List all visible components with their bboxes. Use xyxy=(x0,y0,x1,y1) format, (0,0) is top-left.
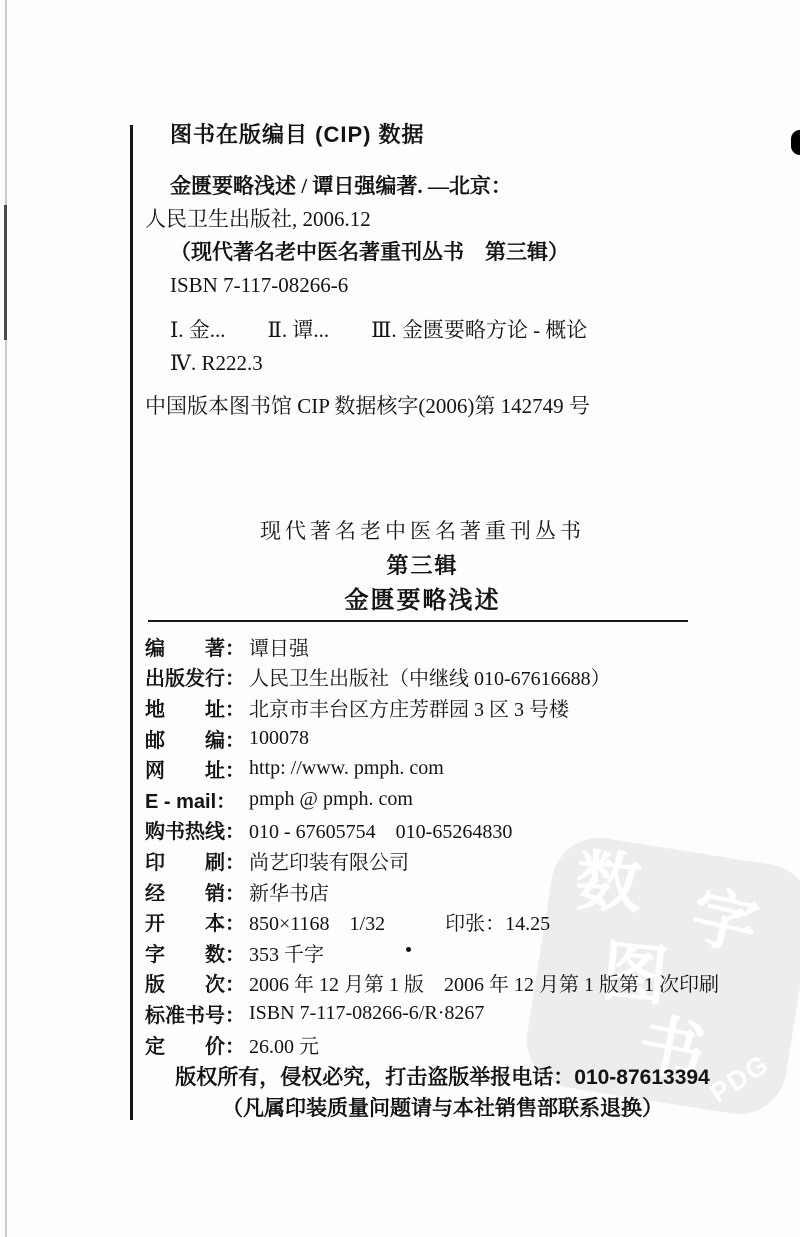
colophon-value: ISBN 7-117-08266-6/R·8267 xyxy=(249,1002,484,1025)
cip-line: ISBN 7-117-08266-6 xyxy=(145,269,710,302)
colophon-label: 邮 编： xyxy=(145,724,249,753)
colophon-value: 谭日强 xyxy=(249,632,309,661)
colophon-row: 标准书号： ISBN 7-117-08266-6/R·8267 xyxy=(145,998,745,1029)
colophon-value: http: //www. pmph. com xyxy=(249,757,444,780)
colophon-label: 标准书号： xyxy=(145,999,249,1028)
colophon-label: 印 刷： xyxy=(145,846,249,875)
colophon-value: 尚艺印装有限公司 xyxy=(249,846,409,875)
colophon-label: 版 次： xyxy=(145,968,249,997)
colophon-row: 经 销： 新华书店 xyxy=(145,876,745,907)
cip-line: （现代著名老中医名著重刊丛书 第三辑） xyxy=(145,236,710,269)
colophon-row: 字 数： 353 千字 xyxy=(145,937,745,968)
colophon-row: 邮 编： 100078 xyxy=(145,723,745,754)
cip-record-number: 中国版本图书馆 CIP 数据核字(2006)第 142749 号 xyxy=(145,390,710,423)
colophon-value: 100078 xyxy=(249,727,309,750)
colophon-row: 购书热线： 010 - 67605754 010-65264830 xyxy=(145,815,745,846)
colophon-row: 定 价： 26.00 元 xyxy=(145,1029,745,1060)
colophon-value: 26.00 元 xyxy=(249,1030,319,1059)
cip-line: 人民卫生出版社, 2006.12 xyxy=(145,203,710,236)
colophon-value: 2006 年 12 月第 1 版 2006 年 12 月第 1 版第 1 次印刷 xyxy=(249,968,719,997)
series-volume: 第三辑 xyxy=(130,548,715,583)
left-vertical-rule xyxy=(130,125,133,1120)
colophon-row: E - mail： pmph @ pmph. com xyxy=(145,784,745,815)
colophon-label: E - mail： xyxy=(145,785,249,814)
colophon-label: 网 址： xyxy=(145,754,249,783)
colophon-label: 开 本： xyxy=(145,907,249,936)
colophon-label: 编 著： xyxy=(145,632,249,661)
series-collection-title: 现代著名老中医名著重刊丛书 xyxy=(130,514,715,548)
colophon-row: 编 著： 谭日强 xyxy=(145,631,745,662)
page-edge-scan-line-dark xyxy=(4,205,7,340)
title-block: 现代著名老中医名著重刊丛书 第三辑 金匮要略浅述 xyxy=(130,514,715,619)
colophon-label: 定 价： xyxy=(145,1030,249,1059)
colophon-row: 网 址： http: //www. pmph. com xyxy=(145,753,745,784)
colophon-row: 版 次： 2006 年 12 月第 1 版 2006 年 12 月第 1 版第 … xyxy=(145,968,745,999)
cip-line: 金匮要略浅述 / 谭日强编著. —北京： xyxy=(145,170,710,203)
colophon-label: 购书热线： xyxy=(145,815,249,844)
title-divider-rule xyxy=(148,620,688,622)
cip-data-block: 图书在版编目 (CIP) 数据 金匮要略浅述 / 谭日强编著. —北京： 人民卫… xyxy=(145,122,710,423)
colophon-value: 850×1168 1/32 印张：14.25 xyxy=(249,907,550,936)
copyright-notice-block: 版权所有，侵权必究，打击盗版举报电话：010-87613394 （凡属印装质量问… xyxy=(155,1062,730,1124)
colophon-label: 经 销： xyxy=(145,877,249,906)
book-title: 金匮要略浅述 xyxy=(130,583,715,619)
colophon-value: 北京市丰台区方庄芳群园 3 区 3 号楼 xyxy=(249,693,569,722)
quality-return-notice: （凡属印装质量问题请与本社销售部联系退换） xyxy=(155,1093,730,1124)
colophon-row: 出版发行： 人民卫生出版社（中继线 010-67616688） xyxy=(145,662,745,693)
colophon-value: pmph @ pmph. com xyxy=(249,788,413,811)
colophon-value: 010 - 67605754 010-65264830 xyxy=(249,815,512,844)
colophon-value: 人民卫生出版社（中继线 010-67616688） xyxy=(249,662,611,691)
colophon-row: 地 址： 北京市丰台区方庄芳群园 3 区 3 号楼 xyxy=(145,692,745,723)
colophon-label: 地 址： xyxy=(145,693,249,722)
page-edge-scan-line xyxy=(5,0,7,1237)
cip-line: Ⅳ. R222.3 xyxy=(145,347,710,380)
cip-line: Ⅰ. 金... Ⅱ. 谭... Ⅲ. 金匮要略方论 - 概论 xyxy=(145,314,710,347)
colophon-row: 印 刷： 尚艺印装有限公司 xyxy=(145,845,745,876)
cip-heading: 图书在版编目 (CIP) 数据 xyxy=(170,122,710,148)
colophon-label: 字 数： xyxy=(145,938,249,967)
colophon-row: 开 本： 850×1168 1/32 印张：14.25 xyxy=(145,906,745,937)
colophon-value: 新华书店 xyxy=(249,877,329,906)
colophon-label: 出版发行： xyxy=(145,662,249,691)
anti-piracy-notice: 版权所有，侵权必究，打击盗版举报电话：010-87613394 xyxy=(155,1062,730,1093)
colophon-value: 353 千字 xyxy=(249,938,324,967)
colophon-block: 编 著： 谭日强 出版发行： 人民卫生出版社（中继线 010-67616688）… xyxy=(145,631,745,1059)
scan-blob-artifact xyxy=(791,130,800,155)
